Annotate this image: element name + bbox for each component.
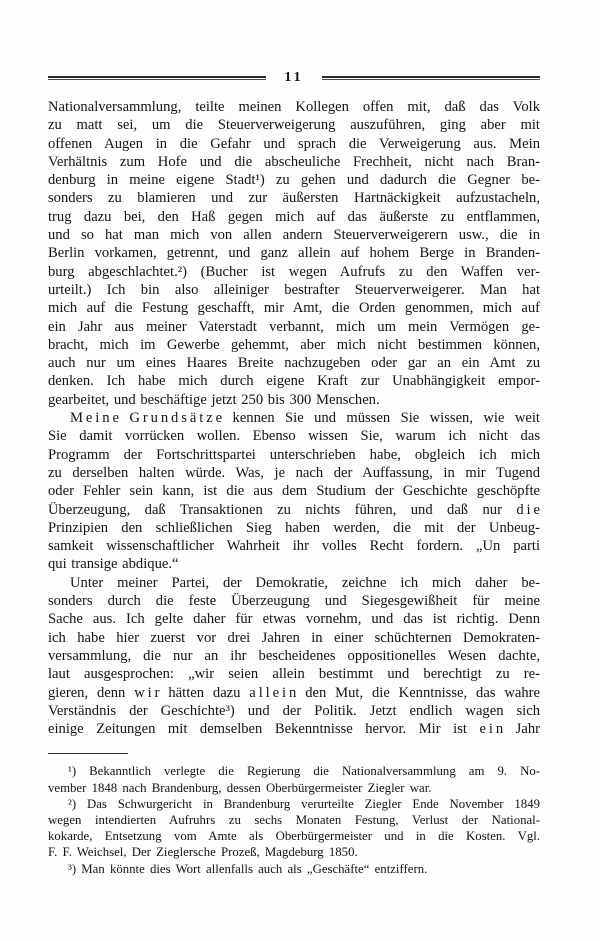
text-line: M e i n e G r u n d s ä t z e kennen Sie… [48, 409, 540, 427]
text-line: Prinzipien den schließlichen Sieg haben … [48, 519, 540, 537]
text-line: Sache aus. Ich gelte daher für etwas vor… [48, 610, 540, 628]
text-line: Überzeugung, daß Transaktionen zu nichts… [48, 501, 540, 519]
footnote: ¹) Bekanntlich verlegte die Regierung di… [48, 763, 540, 795]
footnote-line: kokarde, Entsetzung vom Amte als Oberbür… [48, 828, 540, 844]
text-line: samkeit wissenschaftlicher Wahrheit ihr … [48, 537, 540, 555]
footnote-separator-rule [48, 753, 128, 754]
running-head: 11 [48, 70, 540, 86]
page-number: 11 [266, 71, 321, 84]
text-line: mich auf die Festung geschafft, mir Amt,… [48, 299, 540, 317]
text-line: Verhältnis zum Hofe und die abscheuliche… [48, 153, 540, 171]
paragraph: Nationalversammlung, teilte meinen Kolle… [48, 98, 540, 409]
footnote: ³) Man könnte dies Wort allenfalls auch … [48, 861, 540, 877]
footnote-line: ²) Das Schwurgericht in Brandenburg veru… [48, 796, 540, 812]
footnote-line: ¹) Bekanntlich verlegte die Regierung di… [48, 763, 540, 779]
text-line: urteilt.) Ich bin also alleiniger bestra… [48, 281, 540, 299]
text-line: Verständnis der Geschichte³) und der Pol… [48, 702, 540, 720]
text-line: Unter meiner Partei, der Demokratie, zei… [48, 574, 540, 592]
text-line: auch nur um eines Haares Breite nachzuge… [48, 354, 540, 372]
header-rule-left [48, 76, 266, 80]
text-line: einige Zeitungen mit demselben Bekenntni… [48, 720, 540, 738]
text-line: Berlin vorkamen, getrennt, und ganz alle… [48, 244, 540, 262]
footnote: ²) Das Schwurgericht in Brandenburg veru… [48, 796, 540, 861]
footnote-line: wegen intendierten Aufruhrs zu sechs Mon… [48, 812, 540, 828]
text-line: denken. Ich habe mich durch eigene Kraft… [48, 372, 540, 390]
text-line: versammlung, die nur an ihr bescheidenes… [48, 647, 540, 665]
text-line: und so hat man mich von allen andern Ste… [48, 226, 540, 244]
paragraph: M e i n e G r u n d s ä t z e kennen Sie… [48, 409, 540, 574]
body-text: Nationalversammlung, teilte meinen Kolle… [48, 98, 540, 738]
text-line: Programm der Fortschrittspartei untersch… [48, 446, 540, 464]
text-line: qui transige abdique.“ [48, 555, 540, 573]
text-line: trug dazu bei, den Haß gegen mich auf da… [48, 208, 540, 226]
text-line: ein Jahr aus meiner Vaterstadt verbannt,… [48, 318, 540, 336]
text-line: burg abgeschlachtet.²) (Bucher ist wegen… [48, 263, 540, 281]
text-line: zu matt sei, um die Steuerverweigerung a… [48, 116, 540, 134]
text-line: zu derselben halten würde. Was, je nach … [48, 464, 540, 482]
text-line: gieren, denn w i r hätten dazu a l l e i… [48, 684, 540, 702]
footnotes: ¹) Bekanntlich verlegte die Regierung di… [48, 763, 540, 876]
paragraph: Unter meiner Partei, der Demokratie, zei… [48, 574, 540, 739]
text-line: oder Fehler sein kann, ist die aus dem S… [48, 482, 540, 500]
text-line: Nationalversammlung, teilte meinen Kolle… [48, 98, 540, 116]
footnote-line: F. F. Weichsel, Der Zieglersche Prozeß, … [48, 844, 540, 860]
text-line: denburg in meine eigene Stadt¹) zu gehen… [48, 171, 540, 189]
text-line: bracht, mich im Gewerbe gehemmt, aber mi… [48, 336, 540, 354]
header-rule-right [322, 76, 540, 80]
text-line: ich habe hier zuerst vor drei Jahren in … [48, 629, 540, 647]
footnote-line: vember 1848 nach Brandenburg, dessen Obe… [48, 780, 540, 796]
text-line: offenen Augen in die Gefahr und sprach d… [48, 135, 540, 153]
text-line: gearbeitet, und beschäftige jetzt 250 bi… [48, 391, 540, 409]
text-line: sonders zu blamieren und zur äußersten H… [48, 189, 540, 207]
book-page: 11 Nationalversammlung, teilte meinen Ko… [0, 0, 600, 941]
text-line: laut ausgesprochen: „wir seien allein be… [48, 665, 540, 683]
text-line: sonders durch die feste Überzeugung und … [48, 592, 540, 610]
footnote-line: ³) Man könnte dies Wort allenfalls auch … [48, 861, 540, 877]
text-line: Sie damit vorrücken wollen. Ebenso wisse… [48, 427, 540, 445]
